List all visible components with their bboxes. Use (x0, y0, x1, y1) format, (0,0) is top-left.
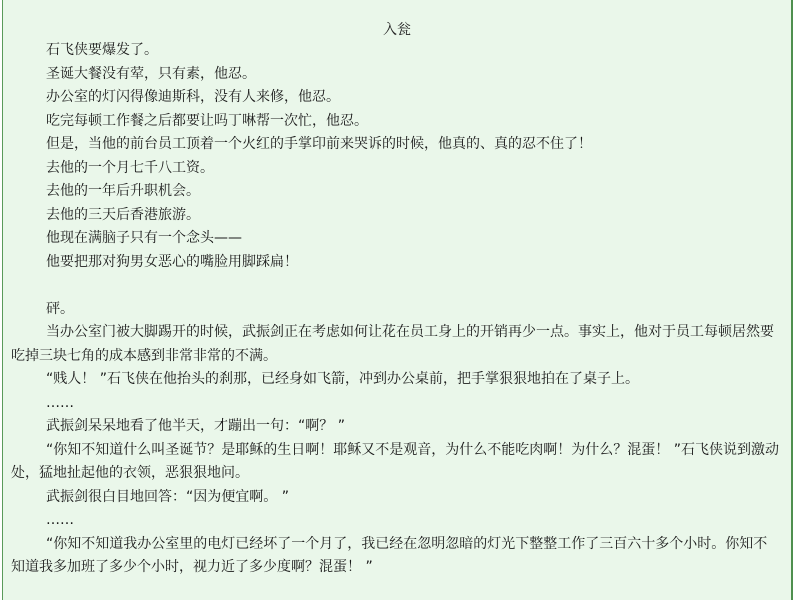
paragraph: 去他的三天后香港旅游。 (11, 204, 781, 228)
paragraph: 武振剑很白目地回答：“因为便宜啊。 ” (11, 486, 781, 510)
paragraph: “你知不知道我办公室里的电灯已经坏了一个月了，我已经在忽明忽暗的灯光下整整工作了… (11, 533, 781, 580)
paragraph: “贱人！ ”石飞侠在他抬头的刹那，已经身如飞箭，冲到办公桌前，把手掌狠狠地拍在了… (11, 368, 781, 392)
paragraph: 但是，当他的前台员工顶着一个火红的手掌印前来哭诉的时候，他真的、真的忍不住了！ (11, 133, 781, 157)
paragraph: 吃完每顿工作餐之后都要让吗丁啉帮一次忙，他忍。 (11, 110, 781, 134)
blank-line (11, 274, 781, 298)
paragraph: 办公室的灯闪得像迪斯科，没有人来修，他忍。 (11, 86, 781, 110)
paragraph: 砰。 (11, 298, 781, 322)
chapter-title: 入瓮 (3, 19, 791, 39)
paragraph: 他要把那对狗男女恶心的嘴脸用脚踩扁！ (11, 251, 781, 275)
paragraph: …… (11, 392, 781, 416)
paragraph: “你知不知道什么叫圣诞节？是耶稣的生日啊！耶稣又不是观音，为什么不能吃肉啊！为什… (11, 439, 781, 486)
paragraph: 武振剑呆呆地看了他半天，才蹦出一句：“啊？ ” (11, 415, 781, 439)
document-page: 入瓮 石飞侠要爆发了。 圣诞大餐没有荤，只有素，他忍。 办公室的灯闪得像迪斯科，… (2, 0, 793, 600)
document-body: 石飞侠要爆发了。 圣诞大餐没有荤，只有素，他忍。 办公室的灯闪得像迪斯科，没有人… (11, 39, 781, 580)
paragraph: …… (11, 509, 781, 533)
paragraph: 去他的一年后升职机会。 (11, 180, 781, 204)
paragraph: 去他的一个月七千八工资。 (11, 157, 781, 181)
paragraph: 圣诞大餐没有荤，只有素，他忍。 (11, 63, 781, 87)
paragraph: 当办公室门被大脚踢开的时候，武振剑正在考虑如何让花在员工身上的开销再少一点。事实… (11, 321, 781, 368)
paragraph: 他现在满脑子只有一个念头—— (11, 227, 781, 251)
paragraph: 石飞侠要爆发了。 (11, 39, 781, 63)
